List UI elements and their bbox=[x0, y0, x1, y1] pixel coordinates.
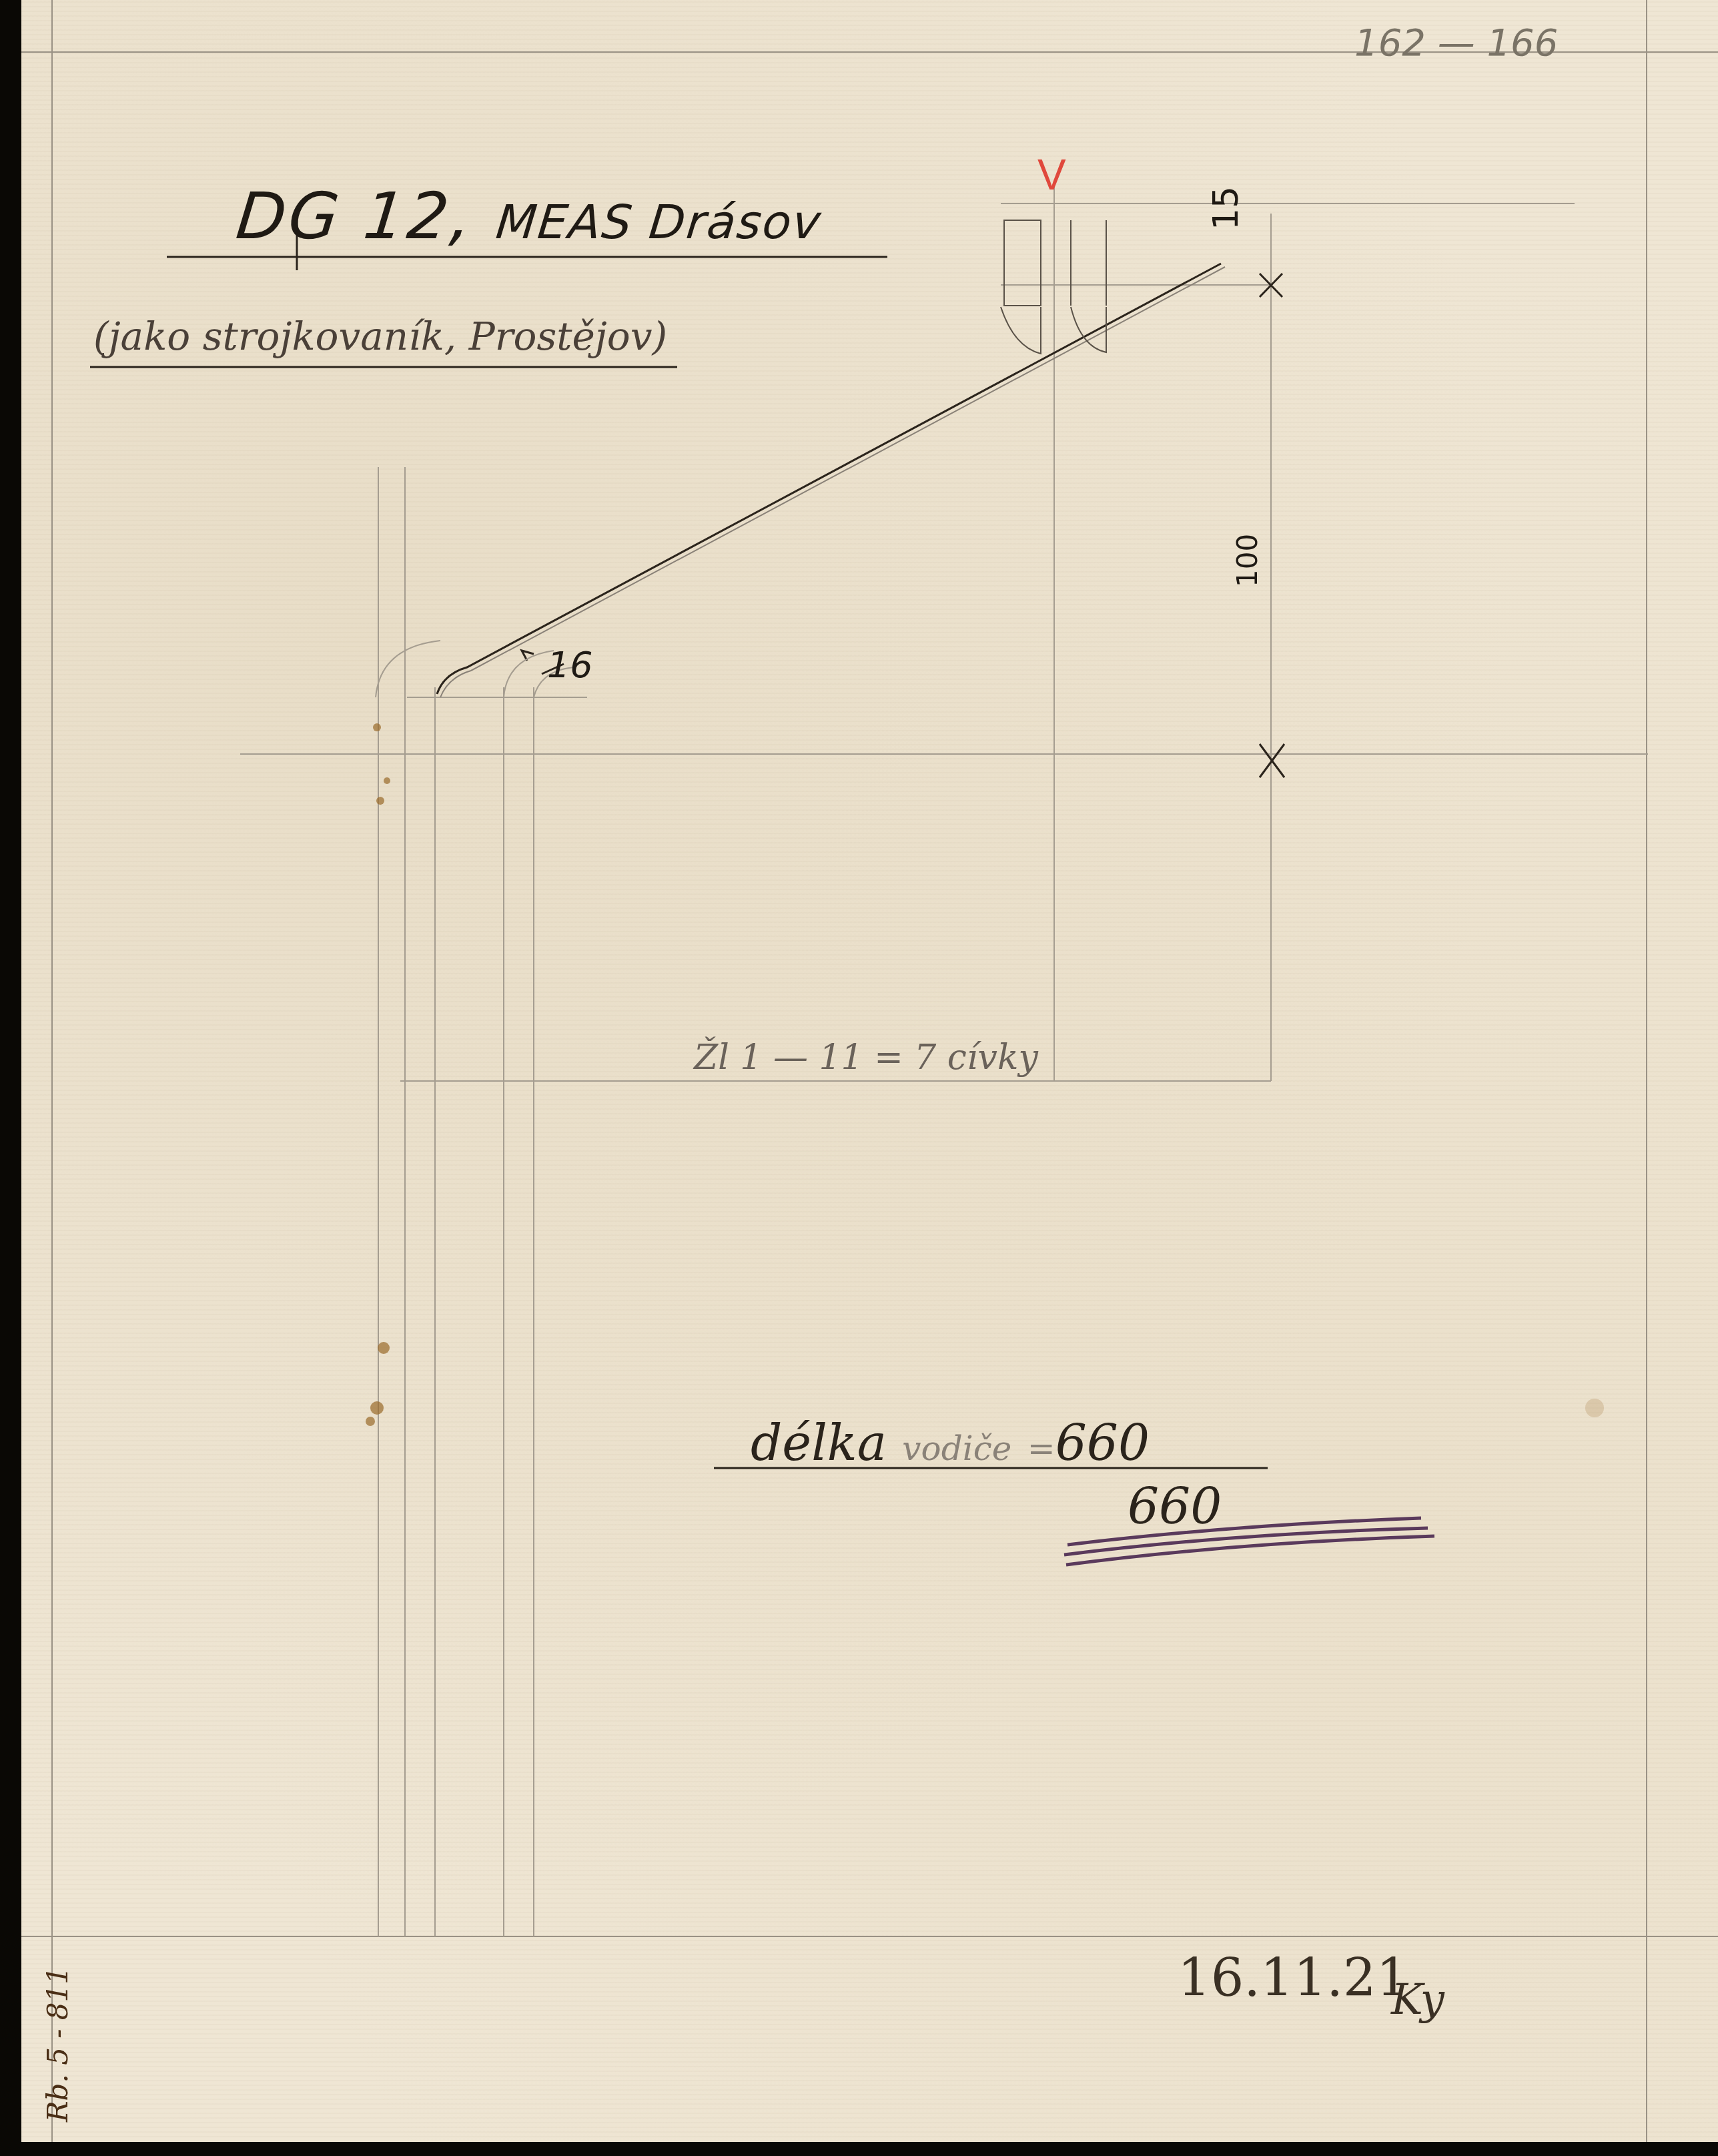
length-value-repeated: 660 bbox=[1128, 1478, 1222, 1535]
main-drawing bbox=[90, 220, 1284, 1468]
check-mark-icon: V bbox=[1037, 150, 1066, 200]
title-code: DG 12 bbox=[233, 179, 455, 254]
dimension-100-label: 100 bbox=[1231, 534, 1264, 587]
drawing-title: DG 12, MEAS Drásov bbox=[233, 179, 826, 254]
conductor-length: délka vodiče =660 bbox=[751, 1415, 1150, 1472]
coils-note: Žl 1 — 11 = 7 cívky bbox=[694, 1038, 1038, 1078]
archive-mark: Rb. 5 - 811 bbox=[41, 1966, 74, 2122]
drawing-subtitle: (jako strojkovaník, Prostějov) bbox=[93, 314, 667, 359]
conductor-label: vodiče bbox=[902, 1429, 1011, 1468]
signature: Ky bbox=[1391, 1975, 1444, 2025]
radius-label: 16 bbox=[547, 644, 593, 686]
triple-underline bbox=[1064, 1518, 1434, 1565]
page-number: 162 — 166 bbox=[1354, 21, 1558, 65]
equals-sign: = bbox=[1027, 1429, 1055, 1468]
title-subject: MEAS Drásov bbox=[494, 195, 825, 250]
drawing-date: 16.11.21 bbox=[1178, 1948, 1409, 2009]
dimension-15-label: 15 bbox=[1206, 186, 1246, 230]
length-value: 660 bbox=[1055, 1415, 1150, 1472]
length-label: délka bbox=[751, 1415, 887, 1472]
